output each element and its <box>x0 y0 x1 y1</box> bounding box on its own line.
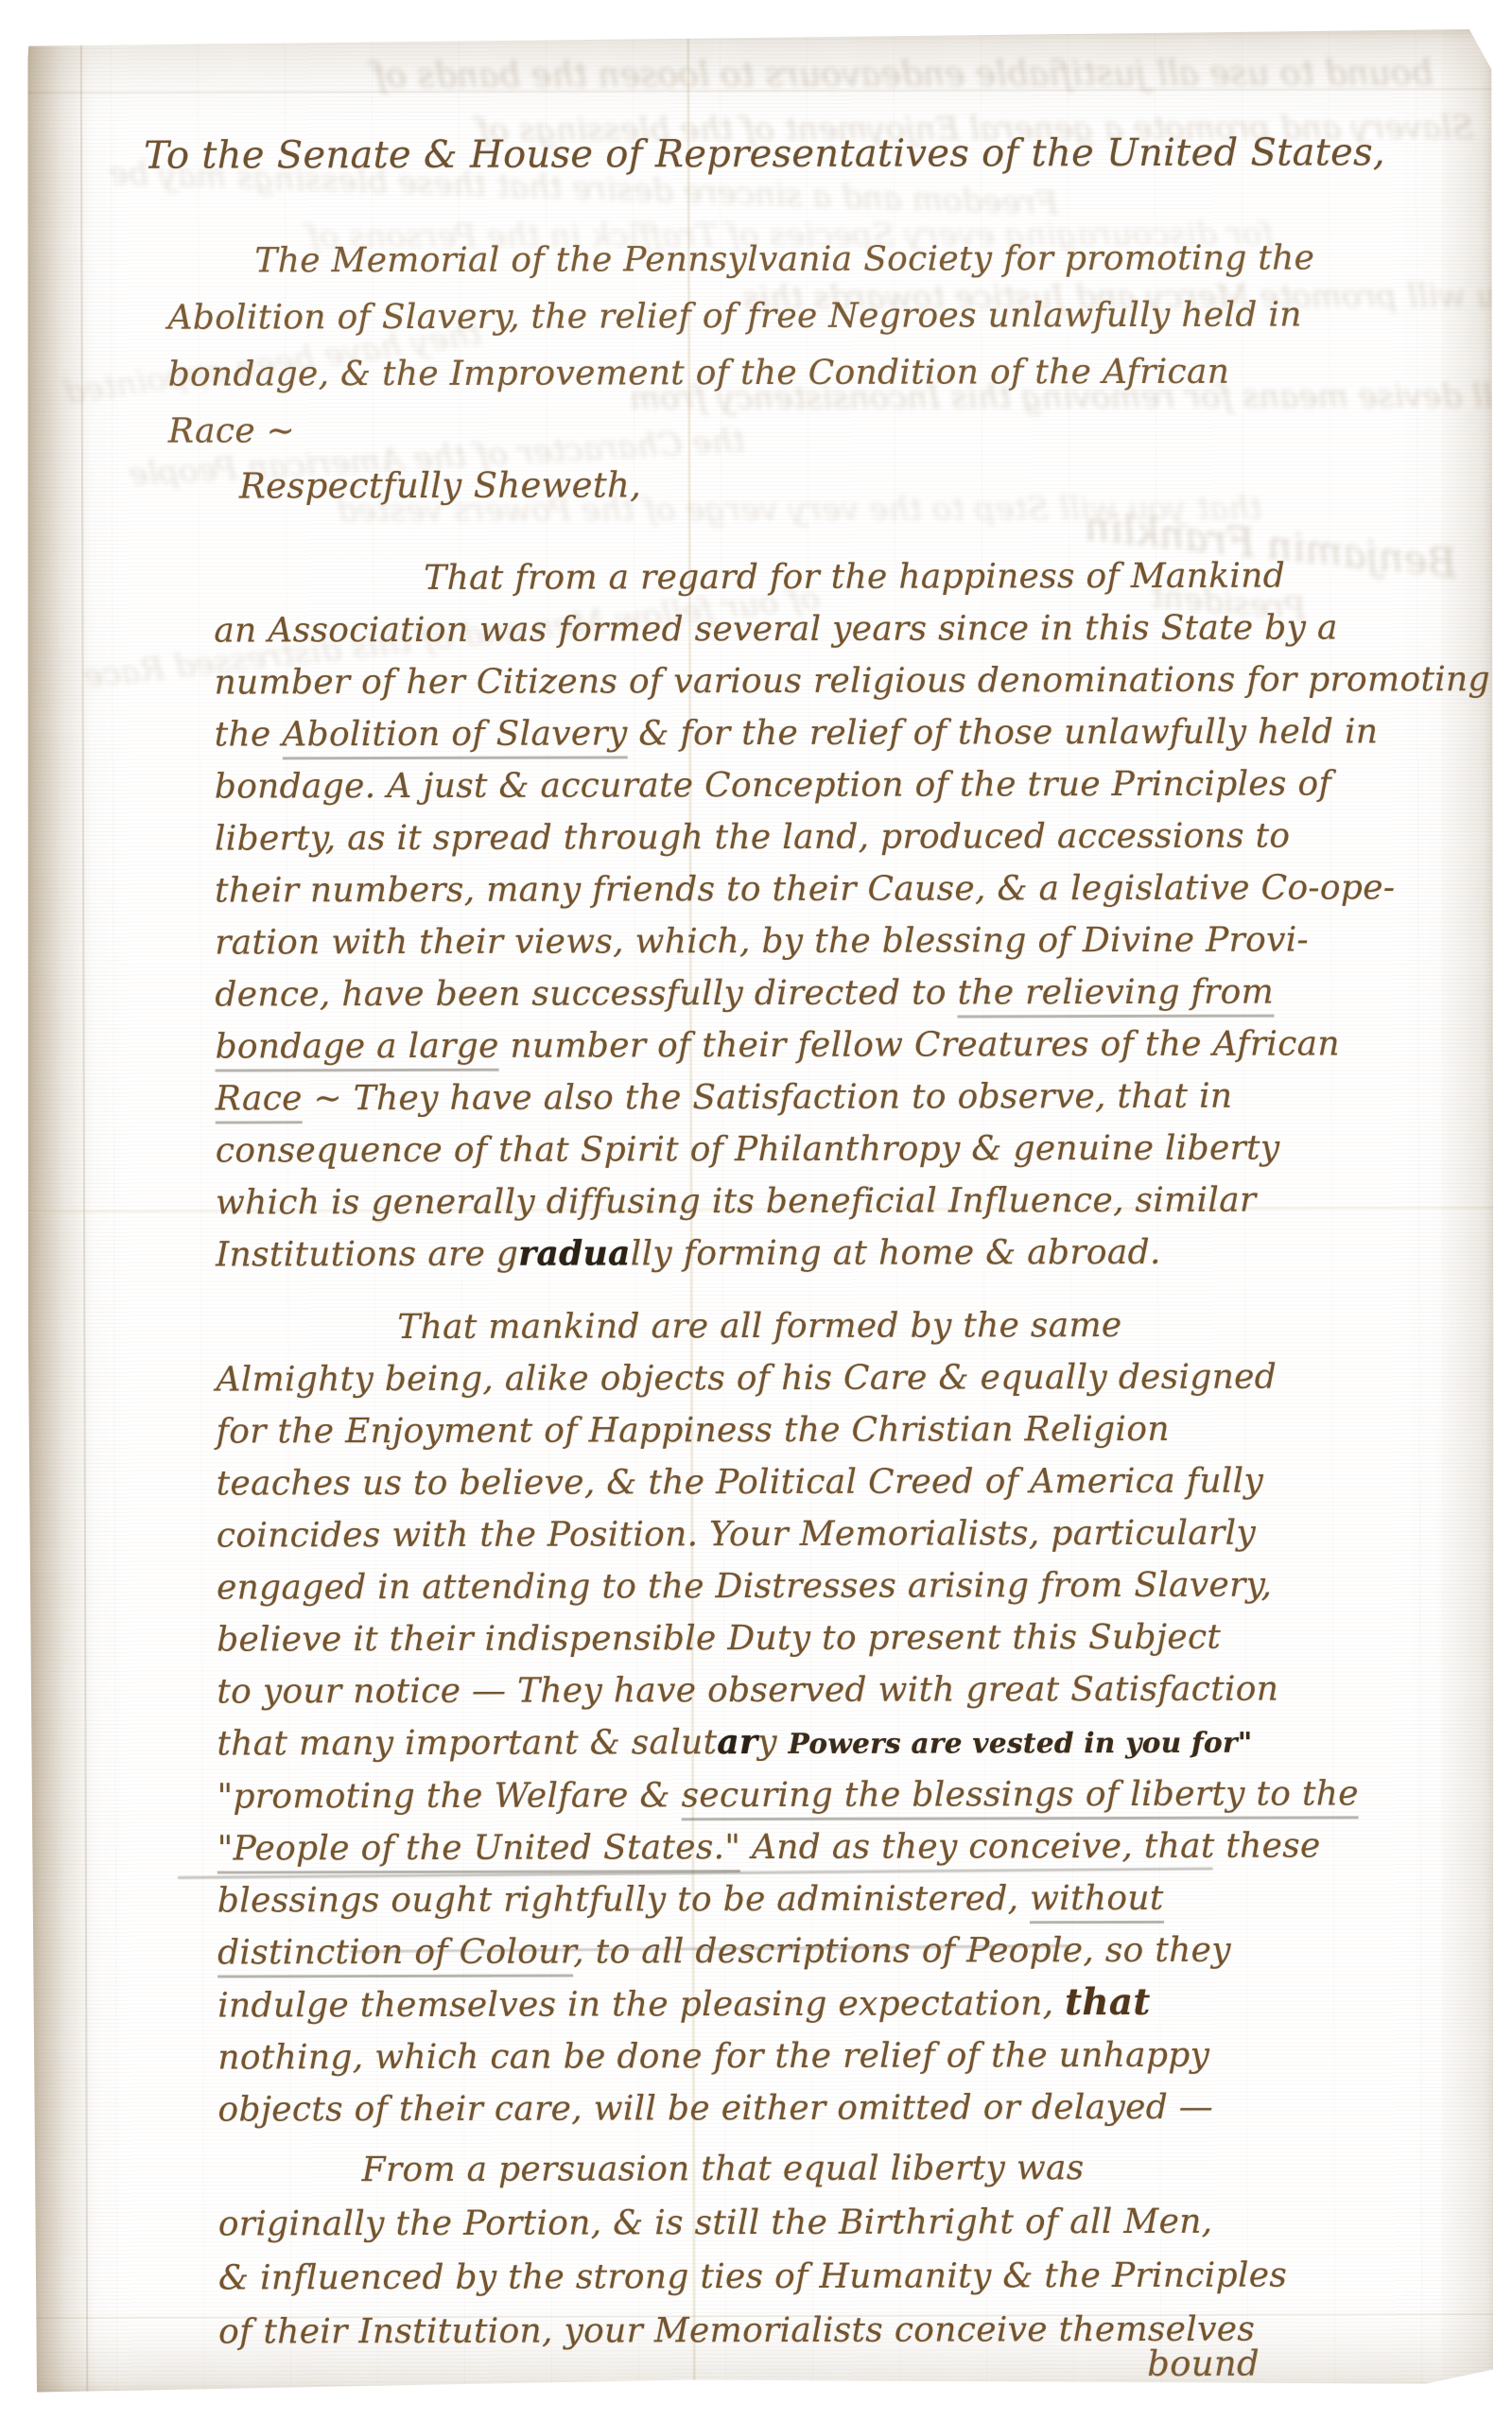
manuscript-line: That from a regard for the happiness of … <box>214 549 1489 605</box>
memorial-title-paragraph: The Memorial of the Pennsylvania Society… <box>167 230 1315 460</box>
manuscript-line: originally the Portion, & is still the B… <box>218 2195 1287 2252</box>
manuscript-line: Race ~ They have also the Satisfaction t… <box>216 1070 1491 1125</box>
manuscript-line: of their Institution, your Memorialists … <box>218 2303 1287 2360</box>
manuscript-line: Respectfully Sheweth, <box>239 459 641 512</box>
manuscript-line: "People of the United States." And as th… <box>217 1820 1359 1874</box>
manuscript-line: consequence of that Spirit of Philanthro… <box>216 1122 1491 1177</box>
manuscript-line: teaches us to believe, & the Political C… <box>217 1454 1358 1509</box>
manuscript-line: their numbers, many friends to their Cau… <box>215 862 1490 917</box>
manuscript-line: dence, have been successfully directed t… <box>215 966 1490 1021</box>
manuscript-line: for the Enjoyment of Happiness the Chris… <box>217 1402 1358 1457</box>
manuscript-line: The Memorial of the Pennsylvania Society… <box>167 230 1314 289</box>
body-paragraph-3: From a persuasion that equal liberty was… <box>218 2141 1288 2360</box>
manuscript-line: which is generally diffusing its benefic… <box>216 1174 1491 1229</box>
manuscript-line: blessings ought rightfully to be adminis… <box>217 1872 1359 1926</box>
manuscript-text: To the Senate & House of Representatives… <box>167 29 1462 2395</box>
document-scan: bound to use all justifiable endeavours … <box>0 0 1512 2421</box>
manuscript-line: Race ~ <box>168 400 1315 460</box>
manuscript-line: ration with their views, which, by the b… <box>215 914 1490 969</box>
manuscript-line: bondage, & the Improvement of the Condit… <box>168 343 1315 403</box>
manuscript-line: an Association was formed several years … <box>214 601 1489 657</box>
body-paragraph-1: That from a regard for the happiness of … <box>214 549 1491 1281</box>
body-paragraph-2: That mankind are all formed by the sameA… <box>216 1298 1359 2135</box>
manuscript-line: bondage a large number of their fellow C… <box>215 1018 1490 1073</box>
manuscript-line: coincides with the Position. Your Memori… <box>217 1507 1358 1561</box>
manuscript-line: number of her Citizens of various religi… <box>214 653 1489 709</box>
manuscript-line: believe it their indispensible Duty to p… <box>217 1611 1358 1665</box>
catchword: bound <box>1147 2343 1260 2384</box>
manuscript-page: bound to use all justifiable endeavours … <box>24 29 1500 2395</box>
manuscript-line: From a persuasion that equal liberty was <box>218 2141 1287 2198</box>
manuscript-line: nothing, which can be done for the relie… <box>217 2029 1359 2083</box>
manuscript-line: Almighty being, alike objects of his Car… <box>216 1350 1357 1405</box>
manuscript-line: Abolition of Slavery, the relief of free… <box>167 287 1314 346</box>
manuscript-line: "promoting the Welfare & securing the bl… <box>217 1768 1359 1822</box>
salutation-line: Respectfully Sheweth, <box>239 459 641 512</box>
address-heading: To the Senate & House of Representatives… <box>144 124 1385 183</box>
manuscript-line: bondage. A just & accurate Conception of… <box>215 758 1490 813</box>
manuscript-line: distinction of Colour, to all descriptio… <box>217 1924 1359 1978</box>
manuscript-line: to your notice — They have observed with… <box>217 1663 1358 1717</box>
manuscript-line: Institutions are gradually forming at ho… <box>216 1226 1491 1281</box>
manuscript-line: the Abolition of Slavery & for the relie… <box>215 705 1490 761</box>
manuscript-line: That mankind are all formed by the same <box>216 1298 1357 1353</box>
manuscript-line: that many important & salutary Powers ar… <box>217 1715 1358 1770</box>
manuscript-line: indulge themselves in the pleasing expec… <box>217 1976 1359 2031</box>
manuscript-line: To the Senate & House of Representatives… <box>144 124 1385 183</box>
manuscript-line: liberty, as it spread through the land, … <box>215 810 1490 865</box>
manuscript-line: & influenced by the strong ties of Human… <box>218 2249 1287 2306</box>
manuscript-line: objects of their care, will be either om… <box>217 2081 1359 2135</box>
manuscript-line: engaged in attending to the Distresses a… <box>217 1559 1358 1613</box>
